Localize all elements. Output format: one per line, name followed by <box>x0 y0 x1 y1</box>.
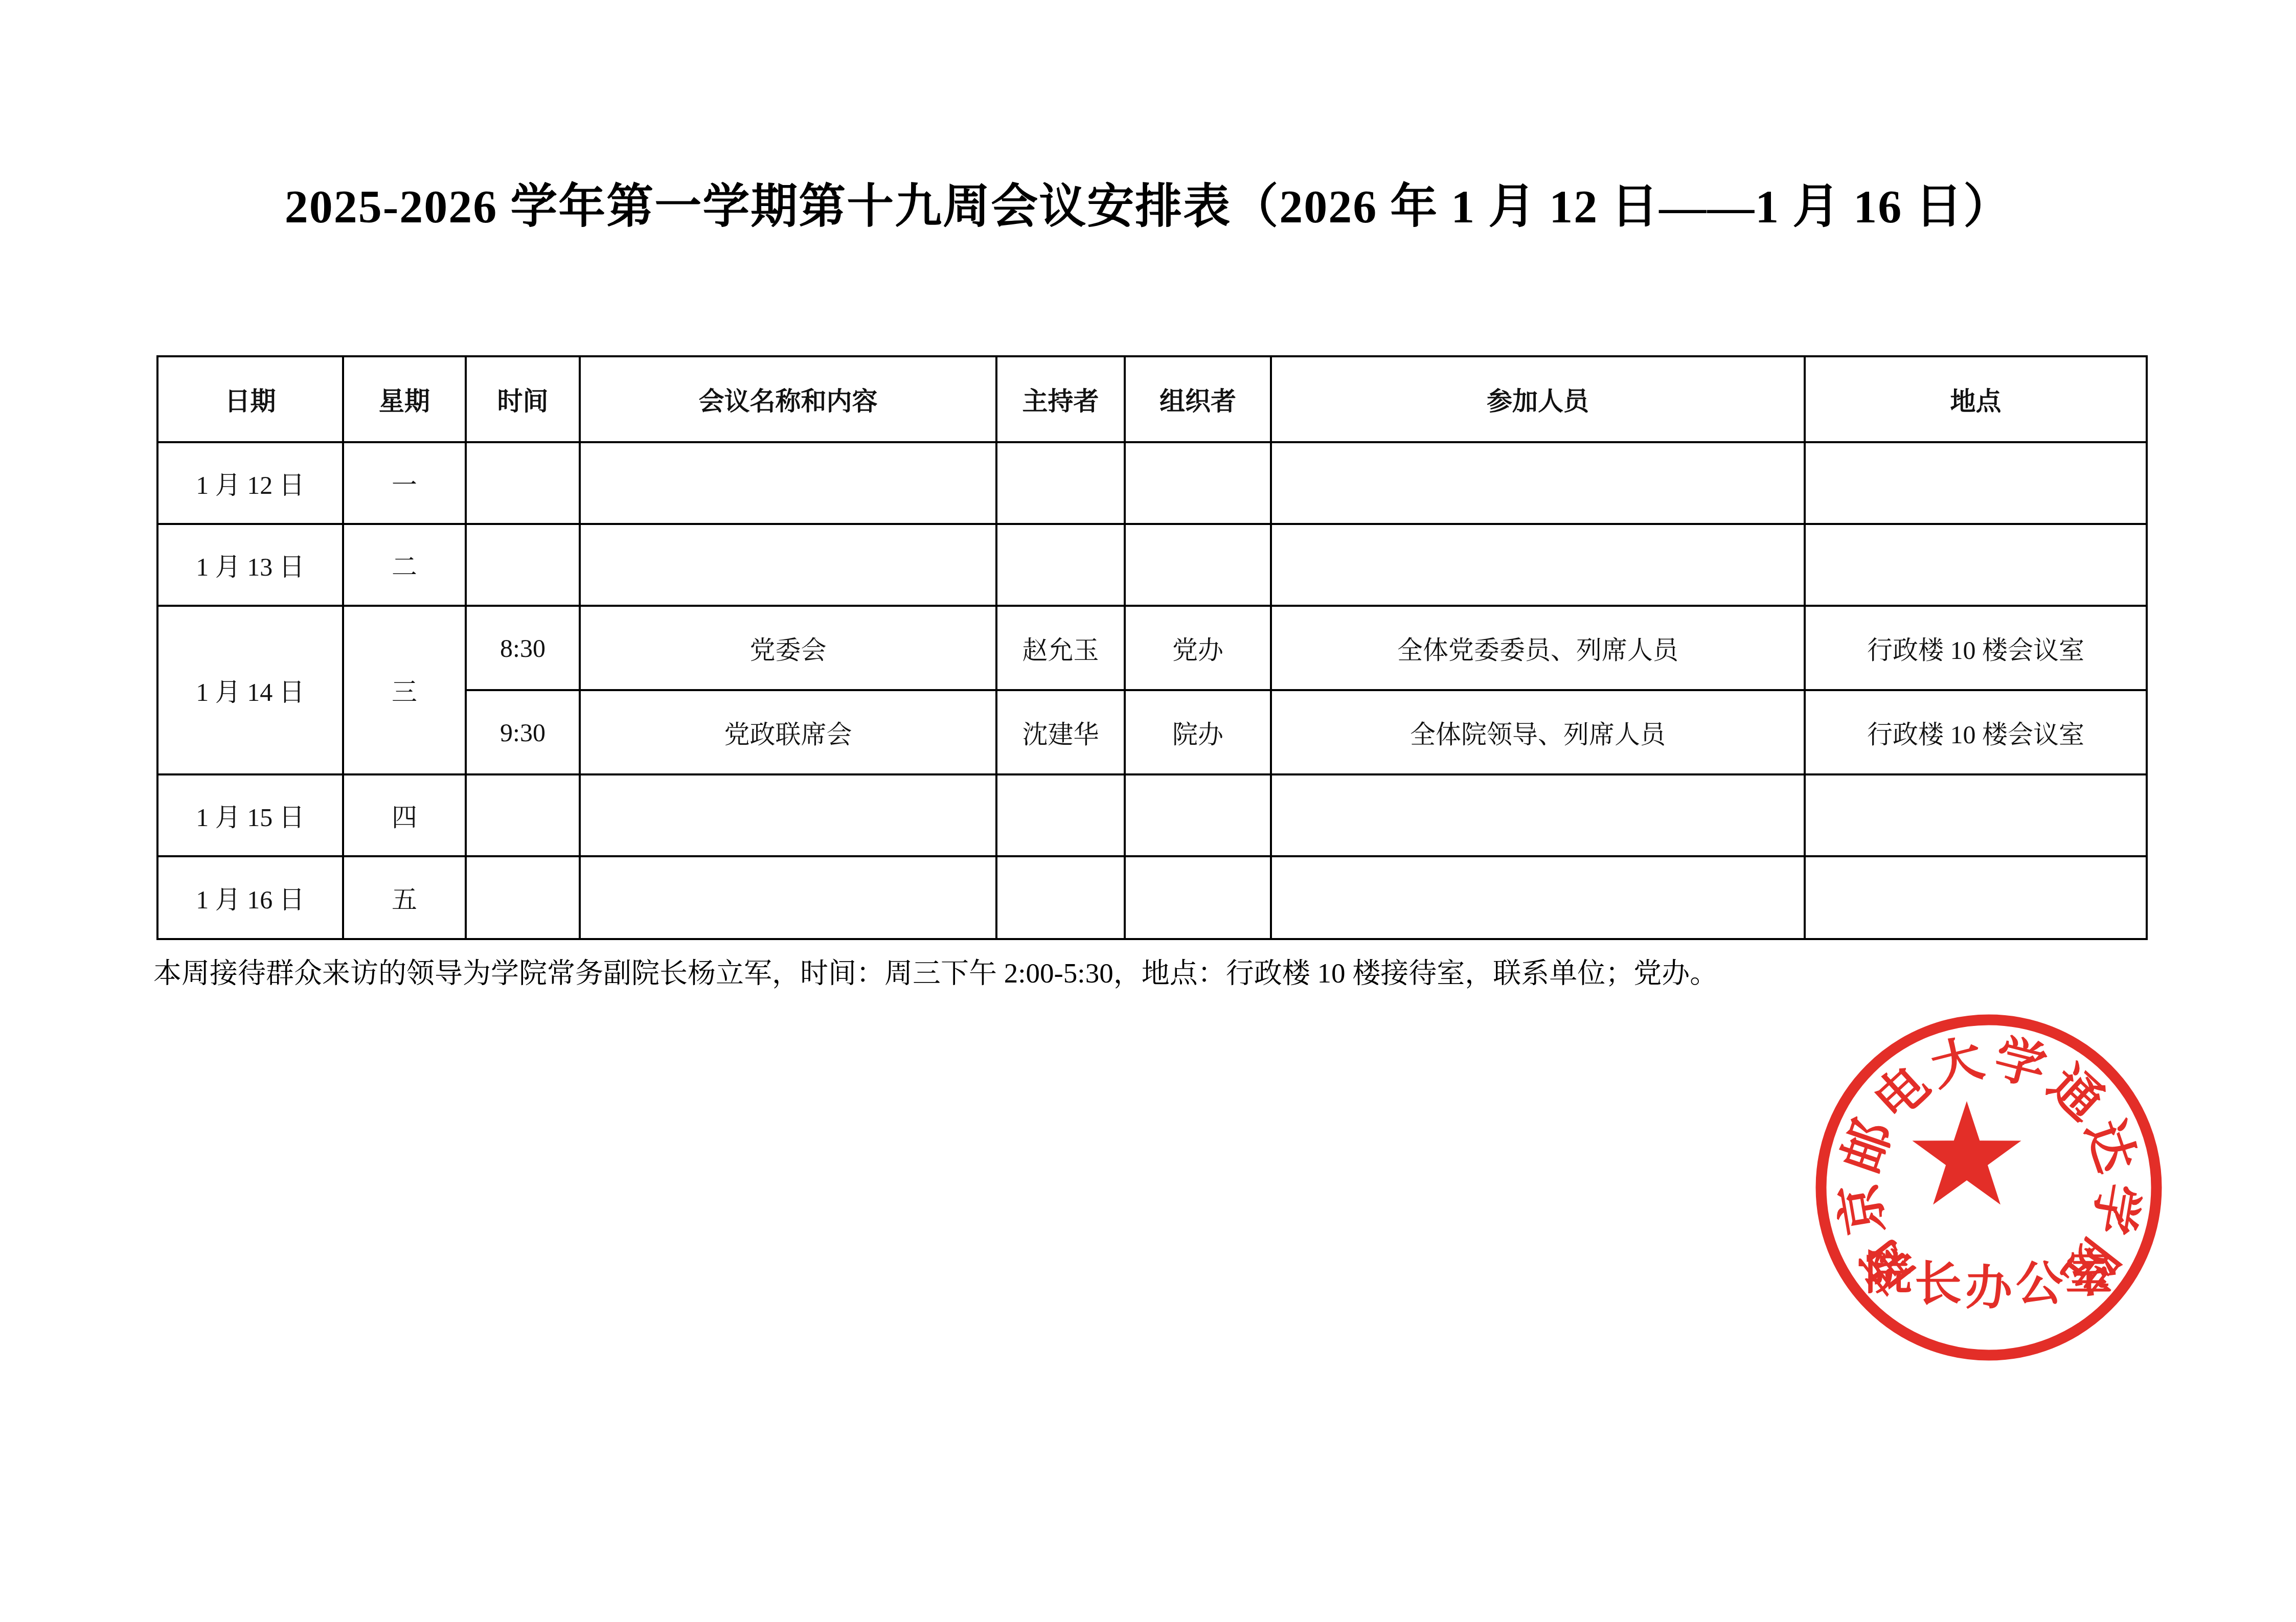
host-cell <box>996 442 1125 524</box>
col-header-meeting-name: 会议名称和内容 <box>580 356 996 442</box>
weekday-cell: 三 <box>343 606 466 774</box>
table-row-jan12: 1 月 12 日 一 <box>157 442 2147 524</box>
participants-cell: 全体党委委员、列席人员 <box>1271 606 1805 690</box>
time-cell <box>466 524 580 606</box>
participants-cell <box>1271 856 1805 939</box>
time-cell: 9:30 <box>466 690 580 774</box>
organizer-cell <box>1125 774 1271 856</box>
meeting-name-cell: 党委会 <box>580 606 996 690</box>
host-cell: 沈建华 <box>996 690 1125 774</box>
seal-bottom-text-char: 办 <box>1965 1262 2014 1314</box>
seal-arc-text-char: 学 <box>1989 1029 2052 1096</box>
col-header-participants: 参加人员 <box>1271 356 1805 442</box>
date-cell: 1 月 14 日 <box>157 606 343 774</box>
date-cell: 1 月 16 日 <box>157 856 343 939</box>
seal-arc-text-char: 学 <box>2084 1179 2148 1239</box>
seal-bottom-text-char: 室 <box>2065 1247 2112 1299</box>
meeting-schedule-table: 日期 星期 时间 会议名称和内容 主持者 组织者 参加人员 地点 1 月 12 … <box>156 355 2148 940</box>
organizer-cell: 院办 <box>1125 690 1271 774</box>
participants-cell <box>1271 774 1805 856</box>
time-cell <box>466 774 580 856</box>
seal-bottom-text-char: 长 <box>1915 1258 1962 1310</box>
organizer-cell <box>1125 856 1271 939</box>
seal-bottom-text-char: 公 <box>2016 1258 2063 1310</box>
weekday-cell: 四 <box>343 774 466 856</box>
table-row-jan16: 1 月 16 日 五 <box>157 856 2147 939</box>
table-header-row: 日期 星期 时间 会议名称和内容 主持者 组织者 参加人员 地点 <box>157 356 2147 442</box>
time-cell <box>466 856 580 939</box>
participants-cell <box>1271 442 1805 524</box>
meeting-name-cell <box>580 524 996 606</box>
meeting-name-cell: 党政联席会 <box>580 690 996 774</box>
weekday-cell: 五 <box>343 856 466 939</box>
seal-bottom-text-char: 院 <box>1865 1247 1912 1299</box>
location-cell <box>1805 774 2147 856</box>
location-cell <box>1805 856 2147 939</box>
table-row-jan13: 1 月 13 日 二 <box>157 524 2147 606</box>
host-cell <box>996 524 1125 606</box>
date-cell: 1 月 15 日 <box>157 774 343 856</box>
seal-arc-text-char: 京 <box>1830 1179 1894 1239</box>
meeting-name-cell <box>580 856 996 939</box>
time-cell: 8:30 <box>466 606 580 690</box>
weekday-cell: 一 <box>343 442 466 524</box>
star-icon <box>1913 1101 2021 1205</box>
meeting-name-cell <box>580 442 996 524</box>
date-cell: 1 月 13 日 <box>157 524 343 606</box>
location-cell <box>1805 524 2147 606</box>
official-seal-stamp: 南京邮电大学通达学院院长办公室 <box>1812 1011 2165 1364</box>
meeting-name-cell <box>580 774 996 856</box>
location-cell: 行政楼 10 楼会议室 <box>1805 690 2147 774</box>
col-header-location: 地点 <box>1805 356 2147 442</box>
weekday-cell: 二 <box>343 524 466 606</box>
col-header-time: 时间 <box>466 356 580 442</box>
date-cell: 1 月 12 日 <box>157 442 343 524</box>
organizer-cell <box>1125 524 1271 606</box>
seal-arc-text-char: 达 <box>2076 1113 2146 1179</box>
seal-arc-text-char: 邮 <box>1832 1113 1902 1179</box>
col-header-date: 日期 <box>157 356 343 442</box>
location-cell <box>1805 442 2147 524</box>
table-row-jan14-meeting1: 1 月 14 日 三 8:30 党委会 赵允玉 党办 全体党委委员、列席人员 行… <box>157 606 2147 690</box>
table-row-jan15: 1 月 15 日 四 <box>157 774 2147 856</box>
host-cell <box>996 856 1125 939</box>
col-header-organizer: 组织者 <box>1125 356 1271 442</box>
organizer-cell <box>1125 442 1271 524</box>
col-header-weekday: 星期 <box>343 356 466 442</box>
location-cell: 行政楼 10 楼会议室 <box>1805 606 2147 690</box>
organizer-cell: 党办 <box>1125 606 1271 690</box>
participants-cell <box>1271 524 1805 606</box>
reception-footnote: 本周接待群众来访的领导为学院常务副院长杨立军，时间：周三下午 2:00-5:30… <box>153 955 2157 992</box>
seal-arc-text-char: 大 <box>1925 1029 1988 1096</box>
participants-cell: 全体院领导、列席人员 <box>1271 690 1805 774</box>
host-cell <box>996 774 1125 856</box>
host-cell: 赵允玉 <box>996 606 1125 690</box>
time-cell <box>466 442 580 524</box>
col-header-host: 主持者 <box>996 356 1125 442</box>
page-title: 2025-2026 学年第一学期第十九周会议安排表（2026 年 1 月 12 … <box>0 169 2296 236</box>
